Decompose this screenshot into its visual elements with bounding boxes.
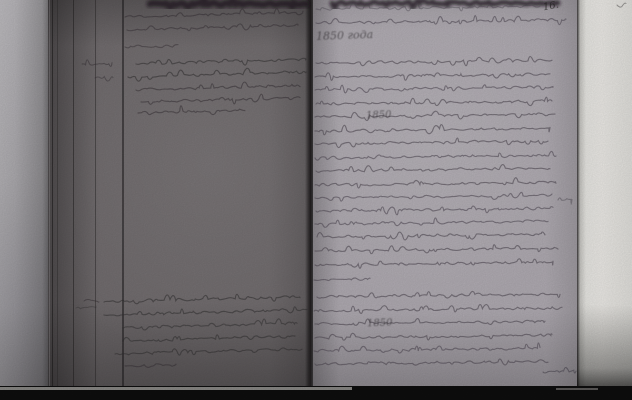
archival-manuscript-photo: Photographed spread of a handwritten arc… — [0, 0, 632, 400]
film-grain-overlay — [0, 0, 632, 400]
